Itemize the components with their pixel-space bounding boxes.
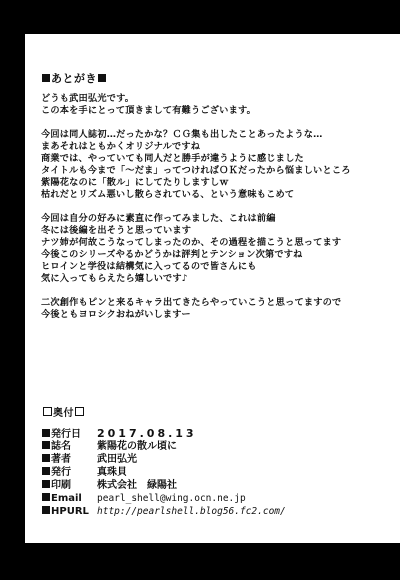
colophon-value: 紫陽花の散ル頃に (97, 441, 177, 452)
scan-frame: あとがき どうも武田弘光です。 この本を手にとって頂きまして有難うございます。 … (0, 0, 400, 580)
afterword-line: タイトルも今まで「～だま」ってつければＯＫだったから悩ましいところ (41, 165, 351, 177)
square-bullet-icon (42, 454, 50, 462)
afterword-line: まあそれはともかくオリジナルですね (41, 141, 200, 153)
afterword-line: 二次創作もピンと来るキャラ出てきたらやっていこうと思ってますので (41, 297, 341, 309)
colophon-value: 2017.08.13 (97, 427, 197, 440)
colophon-row-printer: 印刷株式会社 緑陽社 (42, 479, 177, 492)
colophon-row-title: 誌名紫陽花の散ル頃に (42, 440, 177, 453)
afterword-line: 今後このシリーズやるかどうかは評判とテンション次第ですね (41, 249, 303, 261)
colophon-key: Email (51, 492, 97, 505)
afterword-line: 今回は自分の好みに素直に作ってみました、これは前編 (41, 213, 276, 225)
colophon-heading: 奥付 (42, 404, 85, 419)
afterword-line: 今回は同人誌初…だったかな？ＣＧ集も出したことあったような… (41, 129, 323, 141)
afterword-line: 気に入ってもらえたら嬉しいです♪ (41, 273, 188, 285)
square-bullet-icon (42, 467, 50, 475)
colophon-key: 誌名 (51, 440, 97, 453)
square-bullet-icon (98, 74, 106, 82)
afterword-line: どうも武田弘光です。 (41, 93, 134, 105)
homepage-link[interactable]: http://pearlshell.blog56.fc2.com/ (97, 506, 286, 517)
afterword-heading-text: あとがき (51, 72, 97, 85)
afterword-line: ナツ姉が何故こうなってしまったのか、その過程を描こうと思ってます (41, 237, 341, 249)
colophon-value: 株式会社 緑陽社 (97, 480, 177, 491)
colophon-key: 印刷 (51, 479, 97, 492)
email-link[interactable]: pearl_shell@wing.ocn.ne.jp (97, 493, 246, 504)
colophon-row-publisher: 発行真珠貝 (42, 466, 127, 479)
afterword-line: ヒロインと学役は結構気に入ってるので皆さんにも (41, 261, 257, 273)
colophon-value: 真珠貝 (97, 467, 127, 478)
document-page: あとがき どうも武田弘光です。 この本を手にとって頂きまして有難うございます。 … (25, 34, 400, 543)
colophon-key: HPURL (51, 505, 97, 518)
colophon-row-url: HPURLhttp://pearlshell.blog56.fc2.com/ (42, 505, 286, 518)
square-bullet-icon (42, 480, 50, 488)
open-square-icon (75, 407, 84, 416)
square-bullet-icon (42, 429, 50, 437)
colophon-row-author: 著者武田弘光 (42, 453, 137, 466)
colophon-row-date: 発行日2017.08.13 (42, 427, 197, 441)
open-square-icon (43, 407, 52, 416)
colophon-key: 発行 (51, 466, 97, 479)
afterword-line: 商業では、やっていても同人だと勝手が違うように感じました (41, 153, 304, 165)
afterword-line: 紫陽花なのに「散ル」にしてたりしますしｗ (41, 177, 229, 189)
colophon-row-email: Emailpearl_shell@wing.ocn.ne.jp (42, 492, 246, 505)
colophon-heading-text: 奥付 (53, 408, 74, 419)
colophon-key: 著者 (51, 453, 97, 466)
square-bullet-icon (42, 74, 50, 82)
afterword-line: 枯れだとリズム悪いし散らされている、という意味もこめて (41, 189, 294, 201)
square-bullet-icon (42, 441, 50, 449)
square-bullet-icon (42, 493, 50, 501)
afterword-line: この本を手にとって頂きまして有難うございます。 (41, 105, 256, 117)
afterword-heading: あとがき (42, 70, 107, 86)
afterword-line: 今後ともヨロシクおねがいしますー (41, 309, 191, 321)
square-bullet-icon (42, 506, 50, 514)
colophon-value: 武田弘光 (97, 454, 137, 465)
afterword-line: 冬には後編を出そうと思っています (41, 225, 191, 237)
